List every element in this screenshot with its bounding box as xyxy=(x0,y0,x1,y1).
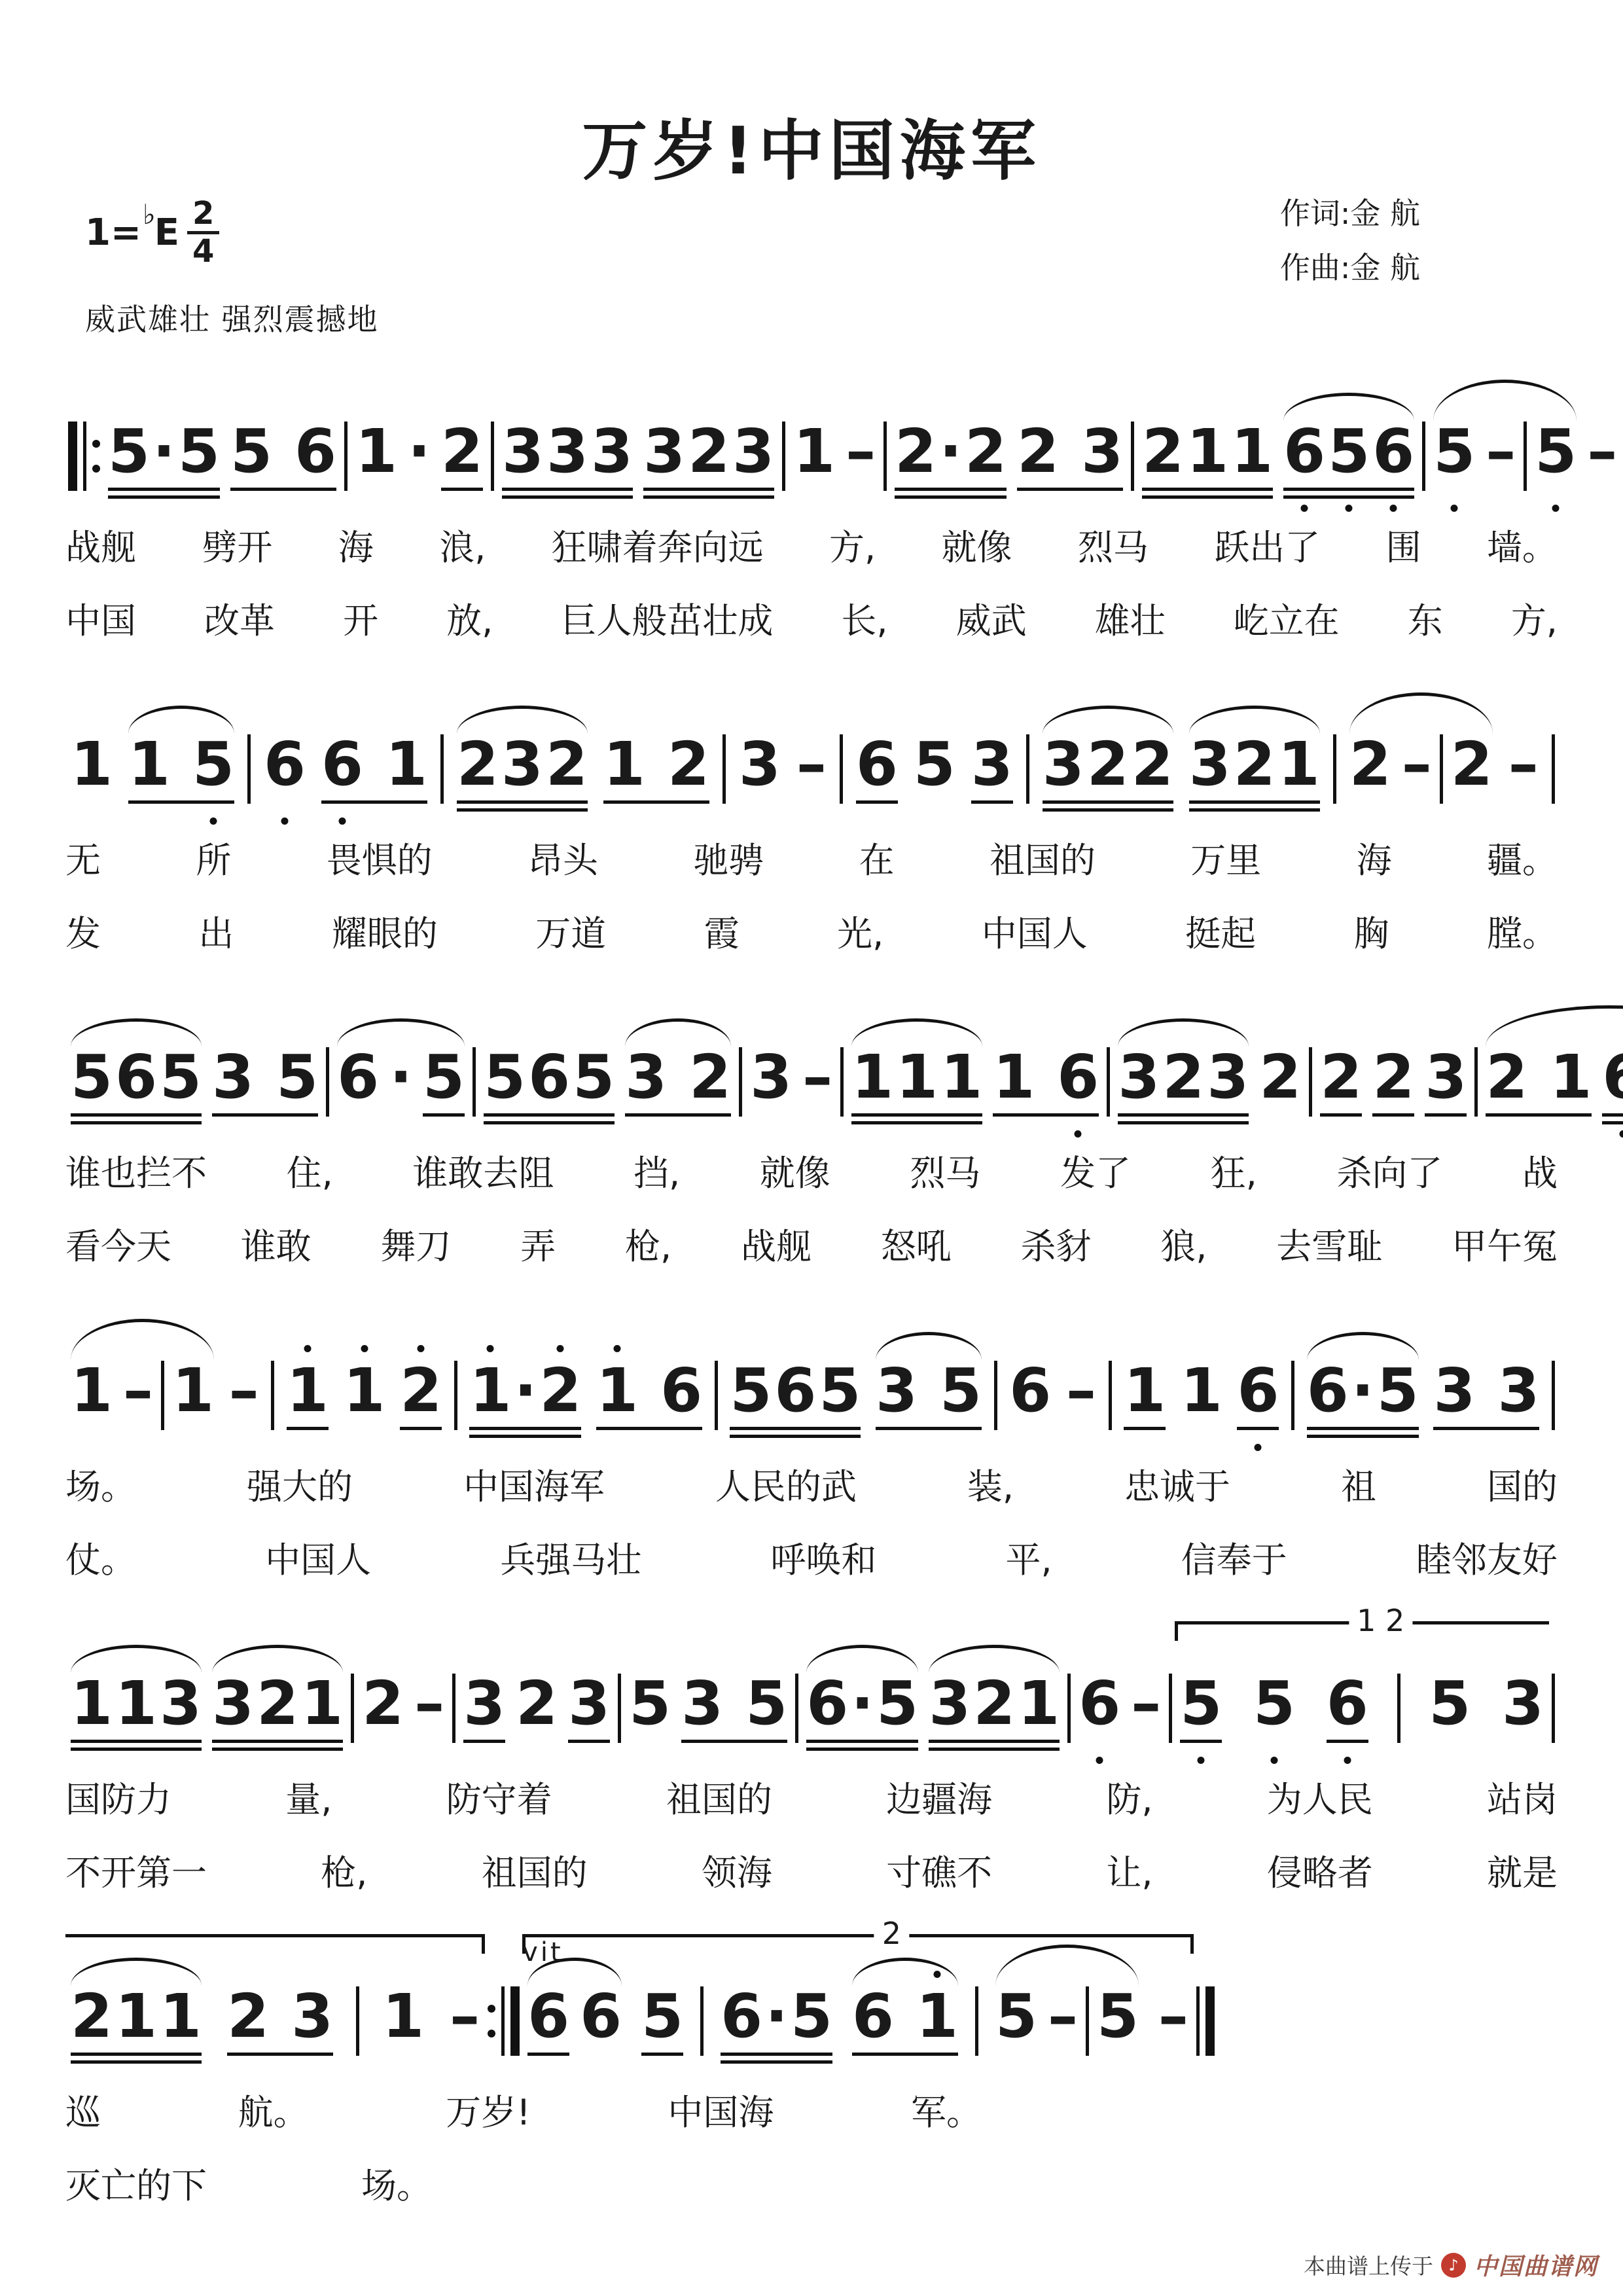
note-token: 3 xyxy=(970,734,1014,795)
note-digit: 5 xyxy=(275,1047,319,1107)
barline-stroke xyxy=(1196,1986,1200,2056)
lyric-segment: 装, xyxy=(967,1467,1014,1507)
barline xyxy=(1552,1674,1555,1743)
note-digit: 2 xyxy=(440,422,484,482)
note-digit: 5 xyxy=(191,734,236,795)
barline xyxy=(1067,1674,1071,1743)
note-token: 2·2 xyxy=(893,422,1008,482)
note-token: 1 xyxy=(285,1361,330,1421)
volta-label: 1 2 xyxy=(1349,1605,1412,1636)
duration-mark: – xyxy=(844,422,877,482)
note-digit: 6 xyxy=(336,1047,380,1107)
dot xyxy=(92,465,100,473)
lyric-segment: 国的 xyxy=(1487,1467,1558,1507)
barline xyxy=(883,422,887,491)
barline-stroke xyxy=(700,1986,704,2056)
barline-stroke xyxy=(1333,734,1336,804)
note-digit: 5 xyxy=(938,1361,983,1421)
lyrics-line: 中国改革开放,巨人般茁壮成长,威武雄壮屹立在东方, xyxy=(65,601,1558,641)
lyric-segment: 就是 xyxy=(1487,1853,1558,1893)
lyric-segment: 烈马 xyxy=(1078,528,1149,568)
composer-credit: 作曲:金 航 xyxy=(1280,241,1420,295)
note-digit: 5 xyxy=(107,422,151,482)
note-digit: 3 xyxy=(738,734,782,795)
slur-group: 21656 xyxy=(1480,1047,1623,1107)
note-digit: 6 xyxy=(719,1986,764,2047)
note-token: 6 xyxy=(1325,1674,1370,1734)
slur-group: 6·5 xyxy=(801,1674,923,1734)
lyric-segment: 场。 xyxy=(65,1467,136,1507)
note-digit: 6 xyxy=(526,1986,571,2047)
note-token: 1 xyxy=(69,1361,114,1421)
note-digit: – xyxy=(1507,734,1540,795)
barline xyxy=(975,1986,978,2056)
lyric-segment: 战舰 xyxy=(65,528,136,568)
note-digit: · xyxy=(849,1674,875,1734)
slur-group: 323 xyxy=(1113,1047,1254,1107)
beam-gap xyxy=(274,422,293,482)
note-digit: – xyxy=(122,1361,154,1421)
lyric-segment: 防守着 xyxy=(446,1780,552,1820)
note-digit: 3 xyxy=(680,1674,724,1734)
note-digit: – xyxy=(1046,1986,1079,2047)
barline-stroke xyxy=(840,734,843,804)
note-digit: 2 xyxy=(1232,734,1277,795)
note-digit: 6 xyxy=(1306,1361,1350,1421)
repeat-dots xyxy=(92,422,100,491)
lyrics-line: 战舰劈开海浪,狂啸着奔向远方,就像烈马跃出了围墙。 xyxy=(65,528,1558,568)
barline-stroke xyxy=(1552,1361,1555,1430)
note-digit: 1 xyxy=(595,1361,639,1421)
note-digit: 2 xyxy=(688,1047,732,1107)
lyric-segment: 量, xyxy=(285,1780,332,1820)
barline-stroke xyxy=(356,1986,359,2056)
lyric-segment: 侵略者 xyxy=(1267,1853,1373,1893)
lyric-segment: 烈马 xyxy=(910,1153,980,1194)
barline xyxy=(739,1047,742,1117)
lyric-segment: 威武 xyxy=(956,601,1027,641)
dot xyxy=(92,440,100,448)
note-digit: 5 xyxy=(482,1047,527,1107)
note-digit: 6 xyxy=(773,1361,817,1421)
note-token: 35 xyxy=(680,1674,789,1734)
note-token: 113 xyxy=(69,1674,203,1734)
lyric-segment: 畏惧的 xyxy=(327,840,433,881)
barline xyxy=(722,734,726,804)
barline xyxy=(1552,734,1555,804)
duration-mark: – xyxy=(413,1674,446,1734)
note-token: 6 xyxy=(336,1047,380,1107)
note-digit: 1 xyxy=(171,1361,215,1421)
barline-stroke xyxy=(1422,422,1425,491)
note-digit: – xyxy=(413,1674,446,1734)
barline-stroke xyxy=(351,1674,354,1743)
lyric-segment: 方, xyxy=(1511,601,1558,641)
note-digit: 5 xyxy=(421,1047,466,1107)
dot xyxy=(488,2005,495,2013)
barline-stroke xyxy=(326,1047,329,1117)
note-token: 2 xyxy=(1319,1047,1363,1107)
note-token: 2 xyxy=(440,422,484,482)
barline xyxy=(1474,1047,1478,1117)
lyric-segment: 杀豺 xyxy=(1021,1227,1092,1267)
slur-group: 111 xyxy=(846,1047,988,1107)
final-barline xyxy=(1196,1986,1215,2056)
lyric-segment: 甲午冤 xyxy=(1452,1227,1558,1267)
note-digit: 5 xyxy=(789,1986,834,2047)
note-digit: 6 xyxy=(579,1986,623,2047)
note-token: 321 xyxy=(927,1674,1061,1734)
note-digit: 5 xyxy=(728,1361,773,1421)
note-token: 16 xyxy=(595,1361,704,1421)
barline-stroke xyxy=(247,734,251,804)
note-digit: 1 xyxy=(915,1986,959,2047)
lyric-segment: 呼唤和 xyxy=(770,1540,876,1581)
note-digit: 1 xyxy=(1122,1361,1167,1421)
note-token: 321 xyxy=(211,1674,344,1734)
lyric-segment: 寸礁不 xyxy=(886,1853,992,1893)
note-digit: 5 xyxy=(177,422,221,482)
note-token: 5·5 xyxy=(107,422,221,482)
barline-stroke xyxy=(1552,1674,1555,1743)
slur-group: 61 xyxy=(847,1986,963,2047)
lyric-segment: 中国海军 xyxy=(463,1467,605,1507)
note-digit: 1 xyxy=(1548,1047,1593,1107)
note-token: 1 xyxy=(381,1986,425,2047)
slur-group: 211 xyxy=(65,1986,207,2047)
lyrics-line: 谁也拦不住,谁敢去阻挡,就像烈马发了狂,杀向了战 xyxy=(65,1153,1558,1194)
note-token: 6·5 xyxy=(1306,1361,1420,1421)
lyric-segment: 狂, xyxy=(1211,1153,1257,1194)
note-digit: – xyxy=(228,1361,260,1421)
slur-group: 113 xyxy=(65,1674,207,1734)
lyric-segment: 怒吼 xyxy=(881,1227,952,1267)
slur-group: 321 xyxy=(207,1674,348,1734)
barline xyxy=(795,1674,798,1743)
music-system: 5·5561·23333231–2·2232116565–5–战舰劈开海浪,狂啸… xyxy=(65,367,1558,641)
lyric-segment: 谁敢去阻 xyxy=(412,1153,554,1194)
note-digit: 3 xyxy=(567,1674,611,1734)
note-digit: 3 xyxy=(1188,734,1232,795)
note-token: 211 xyxy=(69,1986,203,2047)
note-token: 211 xyxy=(1141,422,1274,482)
note-token: 33 xyxy=(1432,1361,1541,1421)
barline xyxy=(351,1674,354,1743)
slur-group: vit66 xyxy=(522,1986,627,2047)
note-token: 1 xyxy=(69,734,114,795)
barline-stroke xyxy=(510,1986,520,2056)
barline xyxy=(271,1361,274,1430)
lyric-segment: 就像 xyxy=(760,1153,830,1194)
barline xyxy=(1552,1361,1555,1430)
note-token: 5 xyxy=(421,1047,466,1107)
duration-mark: – xyxy=(801,1047,834,1107)
note-digit: – xyxy=(1586,422,1618,482)
note-digit: 2 xyxy=(1450,734,1494,795)
duration-mark: · xyxy=(388,1047,414,1107)
slur-group: 15 xyxy=(123,734,240,795)
barline-stroke xyxy=(722,734,726,804)
note-digit: · xyxy=(151,422,177,482)
note-digit: – xyxy=(1484,422,1517,482)
lyric-segment: 万岁! xyxy=(446,2092,531,2133)
note-digit: 6 xyxy=(659,1361,704,1421)
note-token: 6 xyxy=(526,1986,571,2047)
music-line: 211231–2vit6656·5615–5– xyxy=(65,1931,1217,2056)
note-digit: – xyxy=(1065,1361,1097,1421)
note-digit: 1 xyxy=(850,1047,895,1107)
tempo-mark: vit xyxy=(522,1939,563,1965)
note-digit: 2 xyxy=(399,1361,443,1421)
note-token: 5 xyxy=(1533,422,1578,482)
note-token: 111 xyxy=(850,1047,984,1107)
note-digit: 1 xyxy=(384,734,429,795)
lyric-segment: 边疆海 xyxy=(886,1780,992,1820)
lyric-segment: 昂头 xyxy=(527,840,598,881)
duration-mark: – xyxy=(448,1986,481,2047)
note-digit: · xyxy=(1350,1361,1376,1421)
note-digit: 3 xyxy=(545,422,590,482)
note-digit: 6 xyxy=(851,1986,895,2047)
note-digit: 3 xyxy=(749,1047,793,1107)
music-line: 1–1–1121·216565356–1166·533 xyxy=(65,1306,1558,1430)
lyric-segment: 光, xyxy=(837,914,883,954)
note-token: 5 xyxy=(1252,1674,1296,1734)
note-digit: 6 xyxy=(1008,1361,1052,1421)
note-digit: 1 xyxy=(114,1986,158,2047)
note-token: 333 xyxy=(501,422,634,482)
note-token: 3 xyxy=(1423,1047,1468,1107)
note-token: 5 xyxy=(628,1674,672,1734)
note-digit: – xyxy=(844,422,877,482)
note-digit: 2 xyxy=(69,1986,114,2047)
barline xyxy=(1086,1986,1089,2056)
note-token: 5 xyxy=(1179,1674,1223,1734)
lyrics-line: 场。强大的中国海军人民的武装,忠诚于祖国的 xyxy=(65,1467,1558,1507)
lyric-segment: 强大的 xyxy=(247,1467,353,1507)
lyric-segment: 去雪耻 xyxy=(1276,1227,1382,1267)
lyric-segment: 杀向了 xyxy=(1336,1153,1442,1194)
duration-mark: – xyxy=(1586,422,1618,482)
lyric-segment: 挺起 xyxy=(1185,914,1256,954)
music-line: 115661232123–6533223212–2– xyxy=(65,679,1558,804)
note-token: 6 xyxy=(579,1986,623,2047)
barline xyxy=(618,1674,621,1743)
note-token: 323 xyxy=(642,422,776,482)
volta-bracket: 211231– xyxy=(65,1986,485,2056)
note-digit: 2 xyxy=(544,734,589,795)
lyric-segment: 祖国的 xyxy=(990,840,1096,881)
note-digit: 6 xyxy=(1236,1361,1280,1421)
end-repeat-barline xyxy=(488,1986,520,2056)
note-token: 3 xyxy=(567,1674,611,1734)
credits: 作词:金 航 作曲:金 航 xyxy=(1280,187,1420,295)
barline-stroke xyxy=(840,1047,844,1117)
note-digit: 3 xyxy=(1496,1361,1541,1421)
music-line: 5·5561·23333231–2·2232116565–5– xyxy=(65,367,1558,491)
barline xyxy=(1333,734,1336,804)
note-token: 321 xyxy=(1188,734,1321,795)
barline xyxy=(247,734,251,804)
barline-stroke xyxy=(1026,734,1029,804)
note-token: 1 xyxy=(792,422,836,482)
barline xyxy=(782,422,785,491)
lyric-segment: 狼, xyxy=(1160,1227,1207,1267)
note-digit: 6 xyxy=(1601,1047,1623,1107)
note-digit: 3 xyxy=(500,734,544,795)
barline-stroke xyxy=(795,1674,798,1743)
volta-bracket: 2vit6656·5615–5– xyxy=(522,1986,1194,2056)
barline xyxy=(344,422,348,491)
note-digit: 3 xyxy=(462,1674,507,1734)
beam-gap xyxy=(1036,1047,1056,1107)
note-token: 6·5 xyxy=(805,1674,919,1734)
time-signature: 2 4 xyxy=(187,196,219,269)
note-token: 61 xyxy=(851,1986,959,2047)
duration-mark: – xyxy=(1046,1986,1079,2047)
note-digit: 2 xyxy=(455,734,500,795)
note-digit: 5 xyxy=(1432,422,1476,482)
note-digit: – xyxy=(1400,734,1433,795)
key-signature: 1= ♭ E 2 4 xyxy=(85,196,219,269)
lyric-segment: 枪, xyxy=(321,1853,367,1893)
slur-group: 5–5 xyxy=(1428,422,1582,491)
lyrics-line: 国防力量,防守着祖国的边疆海防,为人民站岗 xyxy=(65,1780,1558,1820)
note-token: 16 xyxy=(991,1047,1100,1107)
lyric-segment: 战 xyxy=(1522,1153,1558,1194)
music-line: 1133212–3235356·53216–1 255653 xyxy=(65,1619,1558,1743)
note-digit: 1 xyxy=(158,1986,203,2047)
note-digit: 1 xyxy=(991,1047,1036,1107)
repeat-dots xyxy=(488,1986,495,2056)
duration-mark: – xyxy=(1400,734,1433,795)
slur-group: 321 xyxy=(1184,734,1325,795)
note-token: 3 xyxy=(462,1674,507,1734)
note-digit: – xyxy=(1157,1986,1190,2047)
note-digit: 3 xyxy=(1080,422,1124,482)
note-digit: 1 xyxy=(792,422,836,482)
note-digit: 3 xyxy=(290,1986,334,2047)
barline xyxy=(326,1047,329,1117)
note-digit: 5 xyxy=(994,1986,1039,2047)
lyric-segment: 围 xyxy=(1386,528,1421,568)
note-digit: · xyxy=(388,1047,414,1107)
note-token: 6 xyxy=(1008,1361,1052,1421)
note-digit: 6 xyxy=(320,734,365,795)
note-digit: 6 xyxy=(527,1047,571,1107)
note-digit: 6 xyxy=(114,1047,158,1107)
note-digit: 1 xyxy=(468,1361,512,1421)
slur-group: 322 xyxy=(1037,734,1179,795)
lyric-segment: 中国人 xyxy=(982,914,1088,954)
lyrics-line: 灭亡的下场。 xyxy=(65,2166,432,2206)
barline-stroke xyxy=(1440,734,1443,804)
barline-stroke xyxy=(1107,1047,1110,1117)
barline-stroke xyxy=(271,1361,274,1430)
note-digit: 3 xyxy=(970,734,1014,795)
slur-group: 32 xyxy=(620,1047,736,1107)
lyrics-line: 不开第一枪,祖国的领海寸礁不让,侵略者就是 xyxy=(65,1853,1558,1893)
note-token: 2 xyxy=(1258,1047,1302,1107)
note-digit: 1 xyxy=(1230,422,1274,482)
note-token: 1 xyxy=(171,1361,215,1421)
lyric-segment: 国防力 xyxy=(65,1780,171,1820)
note-token: 35 xyxy=(211,1047,319,1107)
note-digit: 1 xyxy=(69,734,114,795)
barline-stroke xyxy=(501,1986,505,2056)
lyric-segment: 劈开 xyxy=(202,528,272,568)
note-digit: · xyxy=(512,1361,538,1421)
lyric-segment: 站岗 xyxy=(1487,1780,1558,1820)
note-token: 3 xyxy=(749,1047,793,1107)
note-digit: 5 xyxy=(744,1674,789,1734)
beam-gap xyxy=(668,1047,688,1107)
lyric-segment: 军。 xyxy=(911,2092,982,2133)
dot xyxy=(488,2030,495,2037)
duration-mark: – xyxy=(1130,1674,1162,1734)
note-digit: 3 xyxy=(211,1674,255,1734)
note-token: 5 xyxy=(1096,1986,1140,2047)
note-digit: – xyxy=(1130,1674,1162,1734)
score-header: 万岁!中国海军 作词:金 航 作曲:金 航 1= ♭ E 2 4 威武雄壮 强烈… xyxy=(65,0,1558,367)
barline-stroke xyxy=(1552,734,1555,804)
lyrics-line: 巡航。万岁!中国海军。 xyxy=(65,2092,982,2133)
barline-stroke xyxy=(618,1674,621,1743)
barline xyxy=(491,422,494,491)
note-digit: 1 xyxy=(285,1361,330,1421)
note-token: 6·5 xyxy=(719,1986,834,2047)
barline-stroke xyxy=(994,1361,997,1430)
note-digit: · xyxy=(764,1986,789,2047)
note-digit: 2 xyxy=(514,1674,559,1734)
duration-mark: – xyxy=(1157,1986,1190,2047)
music-line: 565356·5565323–11116323222321656 xyxy=(65,992,1558,1117)
barline xyxy=(715,1361,718,1430)
barline-stroke xyxy=(739,1047,742,1117)
note-token: 12 xyxy=(602,734,711,795)
note-digit: 2 xyxy=(972,1674,1016,1734)
lyric-segment: 方, xyxy=(829,528,876,568)
note-digit: 3 xyxy=(1423,1047,1468,1107)
note-digit: 2 xyxy=(255,1674,300,1734)
note-digit: 5 xyxy=(640,1986,685,2047)
note-digit: 3 xyxy=(927,1674,972,1734)
note-digit: 6 xyxy=(1077,1674,1122,1734)
note-token: 5 xyxy=(640,1986,685,2047)
note-digit: 5 xyxy=(1376,1361,1420,1421)
lyric-segment: 万里 xyxy=(1190,840,1261,881)
lyric-segment: 中国海 xyxy=(668,2092,774,2133)
note-token: 35 xyxy=(874,1361,983,1421)
slur-group: 6·5 xyxy=(332,1047,470,1107)
note-token: 15 xyxy=(127,734,236,795)
note-digit: 6 xyxy=(855,734,899,795)
music-system: 1133212–3235356·53216–1 255653国防力量,防守着祖国… xyxy=(65,1619,1558,1893)
note-digit: 2 xyxy=(1161,1047,1205,1107)
note-token: 1 xyxy=(1122,1361,1167,1421)
lyric-segment: 中国人 xyxy=(265,1540,371,1581)
note-token: 2 xyxy=(361,1674,405,1734)
note-digit: 5 xyxy=(69,1047,114,1107)
barline-stroke xyxy=(1131,422,1134,491)
volta-bracket: 1 255653 xyxy=(1175,1674,1549,1743)
lyric-segment: 墙。 xyxy=(1487,528,1558,568)
lyric-segment: 睦邻友好 xyxy=(1416,1540,1558,1581)
note-digit: 6 xyxy=(1056,1047,1100,1107)
note-digit: – xyxy=(448,1986,481,2047)
lyric-segment: 人民的武 xyxy=(715,1467,857,1507)
lyric-segment: 长, xyxy=(841,601,887,641)
